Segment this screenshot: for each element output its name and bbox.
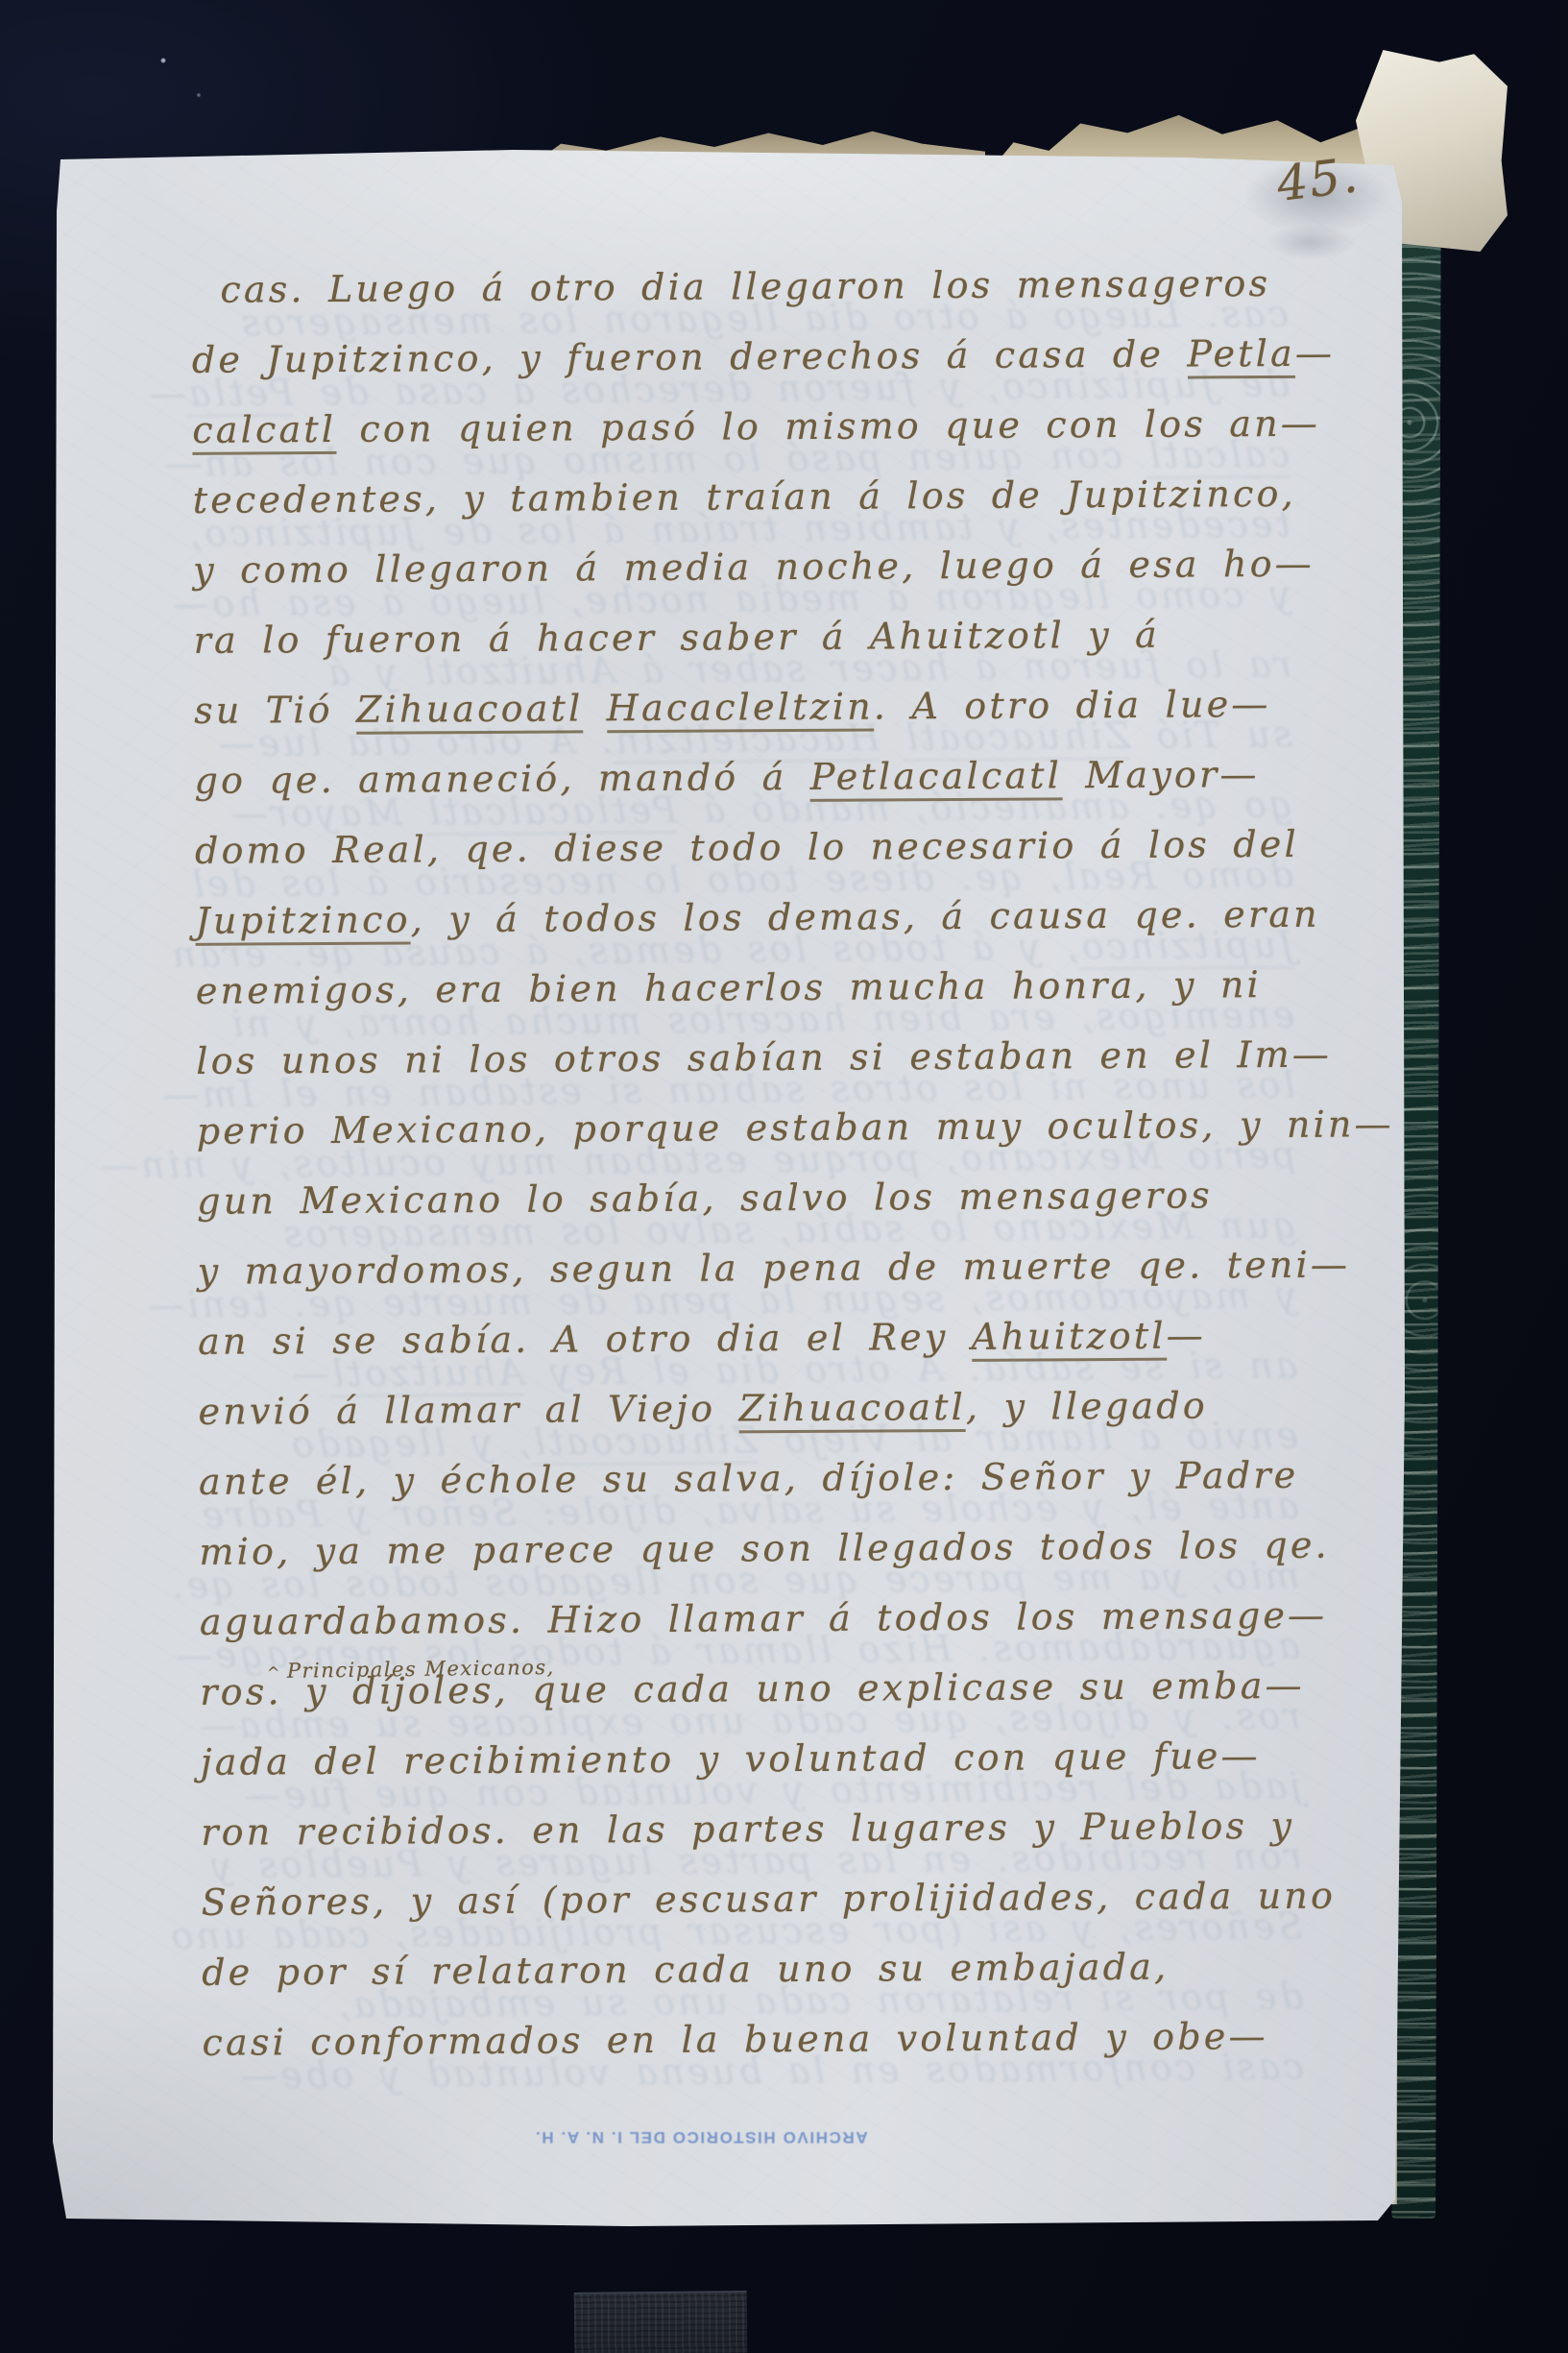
line-text: envió á llamar al Viejo — [198, 1387, 738, 1432]
line-text: Señores, y así (por escusar prolijidades… — [202, 1875, 1337, 1924]
underlined-word: Hacacleltzin — [607, 686, 874, 734]
line-text: y mayordomos, segun la pena de muerte qe… — [198, 1243, 1351, 1292]
manuscript-line: ra lo fueron á hacer saber á Ahuitzotl y… — [193, 598, 1398, 676]
manuscript-line: enemigos, era bien hacerlos mucha honra,… — [196, 949, 1401, 1027]
underlined-word: Jupitzinco — [195, 898, 411, 945]
manuscript-line: Jupitzinco, y á todos los demas, á causa… — [195, 879, 1400, 957]
line-text: aguardabamos. Hizo llamar á todos los me… — [200, 1594, 1328, 1643]
underlined-word: Zihuacoatl — [738, 1386, 966, 1433]
handwritten-text: cas. Luego á otro dia llegaron los mensa… — [191, 248, 1408, 2078]
manuscript-line: gun Mexicano lo sabía, salvo los mensage… — [197, 1159, 1402, 1237]
manuscript-line: ante él, y échole su salva, díjole: Seño… — [199, 1440, 1404, 1517]
manuscript-line: mio, ya me parece que son llegados todos… — [199, 1510, 1404, 1588]
line-text: enemigos, era bien hacerlos mucha honra,… — [196, 963, 1262, 1012]
line-text: perio Mexicano, porque estaban muy ocult… — [197, 1103, 1394, 1152]
manuscript-line: de por sí relataron cada uno su embajada… — [202, 1930, 1407, 2008]
scanned-manuscript-photo: cas. Luego á otro dia llegaron los mensa… — [0, 0, 1568, 2353]
line-text: con quien pasó lo mismo que con los an— — [336, 402, 1320, 450]
binding-fabric-tab — [574, 2291, 748, 2353]
line-text: casi conformados en la buena voluntad y … — [202, 2015, 1267, 2064]
line-text: an si se sabía. A otro dia el Rey — [198, 1316, 972, 1363]
line-text: tecedentes, y tambien traían á los de Ju… — [193, 473, 1296, 522]
line-text: ante él, y échole su salva, díjole: Seño… — [199, 1454, 1299, 1503]
line-text: ra lo fueron á hacer saber á Ahuitzotl y… — [194, 614, 1161, 662]
line-text: cas. Luego á otro dia llegaron los mensa… — [220, 262, 1270, 311]
manuscript-line: y mayordomos, segun la pena de muerte qe… — [197, 1229, 1402, 1307]
line-text: — — [1295, 332, 1335, 375]
manuscript-line: perio Mexicano, porque estaban muy ocult… — [197, 1089, 1402, 1167]
manuscript-line: aguardabamos. Hizo llamar á todos los me… — [200, 1580, 1405, 1658]
manuscript-line: tecedentes, y tambien traían á los de Ju… — [193, 458, 1398, 536]
interlinear-note: ^Principales Mexicanos, — [267, 1656, 555, 1683]
line-text: domo Real, qe. diese todo lo necesario á… — [195, 823, 1299, 872]
underlined-word: Zihuacoatl — [356, 687, 584, 734]
line-text — [583, 687, 607, 729]
manuscript-line: ron recibidos. en las partes lugares y P… — [201, 1790, 1406, 1868]
line-text: ron recibidos. en las partes lugares y P… — [201, 1805, 1294, 1854]
manuscript-line: de Jupitzinco, y fueron derechos á casa … — [192, 318, 1397, 396]
manuscript-line: envió á llamar al Viejo Zihuacoatl, y ll… — [198, 1370, 1403, 1447]
line-text: de Jupitzinco, y fueron derechos á casa … — [192, 333, 1188, 381]
manuscript-line: y como llegaron á media noche, luego á e… — [193, 528, 1398, 606]
underlined-word: Petlacalcatl — [810, 754, 1063, 802]
manuscript-line: jada del recibimiento y voluntad con que… — [201, 1720, 1406, 1798]
manuscript-line: an si se sabía. A otro dia el Rey Ahuitz… — [198, 1299, 1403, 1377]
line-text: y como llegaron á media noche, luego á e… — [193, 543, 1315, 592]
line-text: Mayor— — [1062, 753, 1260, 796]
page-number: 45. — [1274, 147, 1363, 212]
manuscript-line: casi conformados en la buena voluntad y … — [202, 2001, 1407, 2078]
manuscript-line: los unos ni los otros sabían si estaban … — [196, 1019, 1401, 1097]
archive-stamp: ARCHIVO HISTORICO DEL I. N. A. H. — [519, 2119, 883, 2155]
underlined-word: Petla — [1187, 332, 1295, 379]
line-text: gun Mexicano lo sabía, salvo los mensage… — [197, 1174, 1213, 1222]
manuscript-line: domo Real, qe. diese todo lo necesario á… — [195, 809, 1400, 886]
manuscript-line: go qe. amaneció, mandó á Petlacalcatl Ma… — [194, 739, 1399, 816]
line-text: mio, ya me parece que son llegados todos… — [199, 1524, 1330, 1573]
manuscript-line: su Tió Zihuacoatl Hacacleltzin. A otro d… — [194, 668, 1399, 746]
underlined-word: calcatl — [192, 408, 336, 455]
line-text: su Tió — [194, 689, 356, 732]
manuscript-line: Señores, y así (por escusar prolijidades… — [201, 1860, 1406, 1938]
line-text: , y llegado — [966, 1384, 1208, 1428]
manuscript-line: cas. Luego á otro dia llegaron los mensa… — [191, 248, 1396, 326]
line-text: go qe. amaneció, mandó á — [194, 756, 809, 802]
manuscript-line: calcatl con quien pasó lo mismo que con … — [192, 388, 1397, 466]
line-text: jada del recibimiento y voluntad con que… — [201, 1734, 1261, 1783]
caret-mark: ^ — [267, 1663, 281, 1682]
line-text: los unos ni los otros sabían si estaban … — [196, 1033, 1332, 1082]
line-text: — — [1167, 1314, 1206, 1356]
underlined-word: Ahuitzotl — [972, 1315, 1167, 1362]
pencil-smudge — [1248, 213, 1373, 271]
line-text: , y á todos los demas, á causa qe. eran — [411, 893, 1320, 941]
line-text: . A otro dia lue— — [874, 683, 1271, 728]
line-text: de por sí relataron cada uno su embajada… — [202, 1946, 1169, 1994]
interlinear-note-label: Principales Mexicanos, — [287, 1656, 555, 1683]
